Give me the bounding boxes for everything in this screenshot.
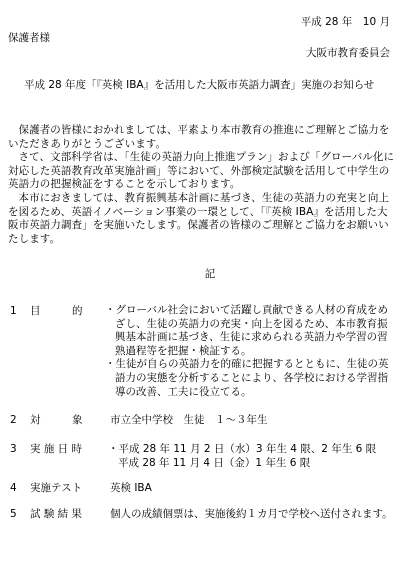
item-5-value: 個人の成績個票は、実施後約１カ月で学校へ送付されます。: [110, 507, 393, 521]
item-4-value: 英検 IBA: [110, 481, 152, 495]
item-1-bullets: ・グローバル社会において活躍し貢献できる人材の育成をめざし、生徒の英語力の充実・…: [105, 304, 395, 399]
item-2-label: 対 象: [30, 413, 83, 427]
item-3-number: 3: [10, 442, 17, 456]
item-2-number: 2: [10, 413, 17, 427]
issuer: 大阪市教育委員会: [306, 46, 390, 60]
notice-title: 平成 28 年度「『英検 IBA』を活用した大阪市英語力調査」実施のお知らせ: [24, 78, 374, 92]
item-3-label: 実 施 日 時: [30, 442, 82, 456]
item-2-value: 市立全中学校 生徒 １～３年生: [110, 413, 268, 427]
item-1-label: 目 的: [30, 304, 83, 318]
paragraph-announcement: 本市におきましては、教育振興基本計画に基づき、生徒の英語力の充実と向上を図るため…: [8, 192, 398, 246]
item-4-label: 実施テスト: [30, 481, 82, 495]
paragraph-greeting: 保護者の皆様におかれましては、平素より本市教育の推進にご理解とご協力をいただきあ…: [8, 124, 398, 151]
item-5-label: 試 験 結 果: [30, 507, 82, 521]
body-text: 保護者の皆様におかれましては、平素より本市教育の推進にご理解とご協力をいただきあ…: [8, 124, 398, 246]
item-5-number: 5: [10, 507, 17, 521]
issue-date: 平成 28 年 10 月: [301, 15, 390, 29]
purpose-bullet-1: ・グローバル社会において活躍し貢献できる人材の育成をめざし、生徒の英語力の充実・…: [105, 304, 395, 358]
item-1-number: 1: [10, 304, 17, 318]
purpose-bullet-2: ・生徒が自らの英語力を的確に把握するとともに、生徒の英語力の実態を分析することに…: [105, 358, 395, 399]
item-4-number: 4: [10, 481, 17, 495]
ki-heading: 記: [0, 267, 420, 281]
paragraph-background: さて、文部科学省は、「生徒の英語力向上推進プラン」および「グローバル化に対応した…: [8, 151, 398, 192]
item-3-line-1: ・平成 28 年 11 月 2 日（水）3 年生 4 限、2 年生 6 限: [108, 442, 376, 456]
item-3-line-2: 平成 28 年 11 月 4 日（金）1 年生 6 限: [118, 456, 310, 470]
addressee: 保護者様: [8, 31, 50, 45]
